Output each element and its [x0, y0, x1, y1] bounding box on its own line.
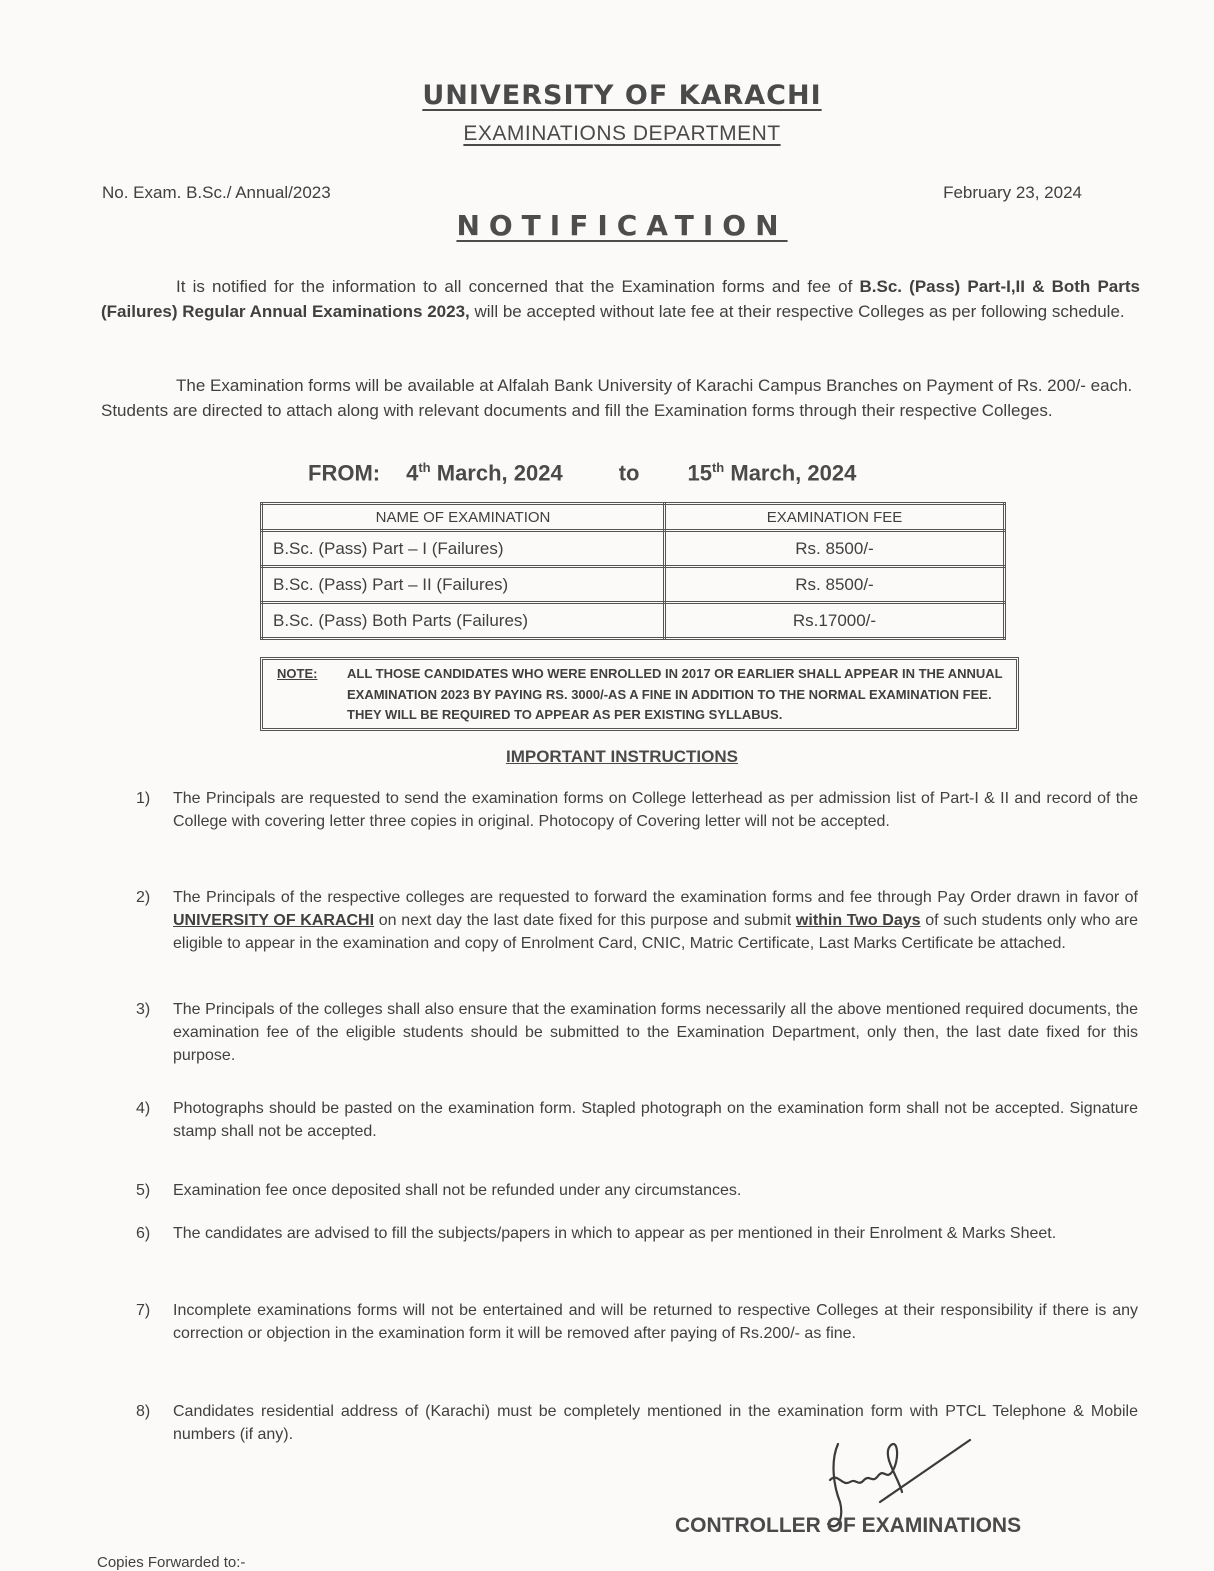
instruction-item: 7) Incomplete examinations forms will no…: [136, 1299, 1138, 1345]
exam-fee: Rs.17000/-: [665, 603, 1005, 639]
intro-paragraph: It is notified for the information to al…: [101, 275, 1140, 324]
exam-name: B.Sc. (Pass) Part – II (Failures): [262, 567, 665, 603]
exam-fee: Rs. 8500/-: [665, 567, 1005, 603]
end-month-year: March, 2024: [730, 460, 856, 485]
item-text: The Principals are requested to send the…: [173, 787, 1138, 833]
fee-table: NAME OF EXAMINATION EXAMINATION FEE B.Sc…: [260, 502, 1006, 640]
item-text: Incomplete examinations forms will not b…: [173, 1299, 1138, 1345]
note-label: NOTE:: [277, 664, 347, 726]
note-text: ALL THOSE CANDIDATES WHO WERE ENROLLED I…: [347, 664, 1008, 726]
item-text: Candidates residential address of (Karac…: [173, 1400, 1138, 1446]
instructions-heading: IMPORTANT INSTRUCTIONS: [0, 747, 1214, 767]
instruction-item: 1) The Principals are requested to send …: [136, 787, 1138, 833]
start-day: 4: [406, 460, 418, 485]
university-name: UNIVERSITY OF KARACHI: [0, 80, 1214, 111]
start-suffix: th: [418, 460, 430, 475]
end-suffix: th: [712, 460, 724, 475]
instruction-item: 4) Photographs should be pasted on the e…: [136, 1097, 1138, 1143]
item-text-part: on next day the last date fixed for this…: [374, 912, 796, 929]
page-title: NOTIFICATION: [0, 209, 1214, 242]
item-number: 8): [136, 1400, 173, 1446]
item-number: 7): [136, 1299, 173, 1345]
start-month-year: March, 2024: [437, 460, 563, 485]
forms-availability-paragraph: The Examination forms will be available …: [101, 374, 1140, 423]
item-text: The candidates are advised to fill the s…: [173, 1222, 1138, 1245]
item-number: 4): [136, 1097, 173, 1143]
item-text: Photographs should be pasted on the exam…: [173, 1097, 1138, 1143]
from-label: FROM:: [308, 460, 380, 485]
signatory-title: CONTROLLER OF EXAMINATIONS: [675, 1514, 1021, 1538]
intro-text-end: will be accepted without late fee at the…: [470, 302, 1125, 321]
item-text: The Principals of the respective college…: [173, 886, 1138, 955]
item-number: 1): [136, 787, 173, 833]
instruction-item: 3) The Principals of the colleges shall …: [136, 998, 1138, 1067]
item-number: 2): [136, 886, 173, 955]
end-day: 15: [687, 460, 711, 485]
instruction-item: 5) Examination fee once deposited shall …: [136, 1179, 1138, 1202]
schedule-dates: FROM:4th March, 2024to15th March, 2024: [308, 460, 856, 486]
item-number: 3): [136, 998, 173, 1067]
department-name: EXAMINATIONS DEPARTMENT: [0, 122, 1214, 146]
to-label: to: [619, 460, 640, 485]
table-row: B.Sc. (Pass) Part – II (Failures) Rs. 85…: [262, 567, 1005, 603]
table-row: B.Sc. (Pass) Part – I (Failures) Rs. 850…: [262, 531, 1005, 567]
item-text: The Principals of the colleges shall als…: [173, 998, 1138, 1067]
item-number: 5): [136, 1179, 173, 1202]
copies-forwarded-label: Copies Forwarded to:-: [97, 1554, 245, 1571]
item-text: Examination fee once deposited shall not…: [173, 1179, 1138, 1202]
column-header: NAME OF EXAMINATION: [262, 504, 665, 531]
item-text-part: The Principals of the respective college…: [173, 889, 1138, 906]
exam-name: B.Sc. (Pass) Both Parts (Failures): [262, 603, 665, 639]
exam-fee: Rs. 8500/-: [665, 531, 1005, 567]
item-number: 6): [136, 1222, 173, 1245]
intro-text: It is notified for the information to al…: [176, 277, 860, 296]
table-row: B.Sc. (Pass) Both Parts (Failures) Rs.17…: [262, 603, 1005, 639]
table-header-row: NAME OF EXAMINATION EXAMINATION FEE: [262, 504, 1005, 531]
instruction-item: 2) The Principals of the respective coll…: [136, 886, 1138, 955]
note-box: NOTE: ALL THOSE CANDIDATES WHO WERE ENRO…: [260, 657, 1019, 731]
exam-name: B.Sc. (Pass) Part – I (Failures): [262, 531, 665, 567]
column-header: EXAMINATION FEE: [665, 504, 1005, 531]
emphasis-university: UNIVERSITY OF KARACHI: [173, 912, 374, 929]
instruction-item: 6) The candidates are advised to fill th…: [136, 1222, 1138, 1245]
forms-availability-text: The Examination forms will be available …: [101, 376, 1132, 420]
instruction-item: 8) Candidates residential address of (Ka…: [136, 1400, 1138, 1446]
emphasis-deadline: within Two Days: [796, 912, 921, 929]
reference-number: No. Exam. B.Sc./ Annual/2023: [102, 183, 331, 203]
notification-date: February 23, 2024: [943, 183, 1082, 203]
